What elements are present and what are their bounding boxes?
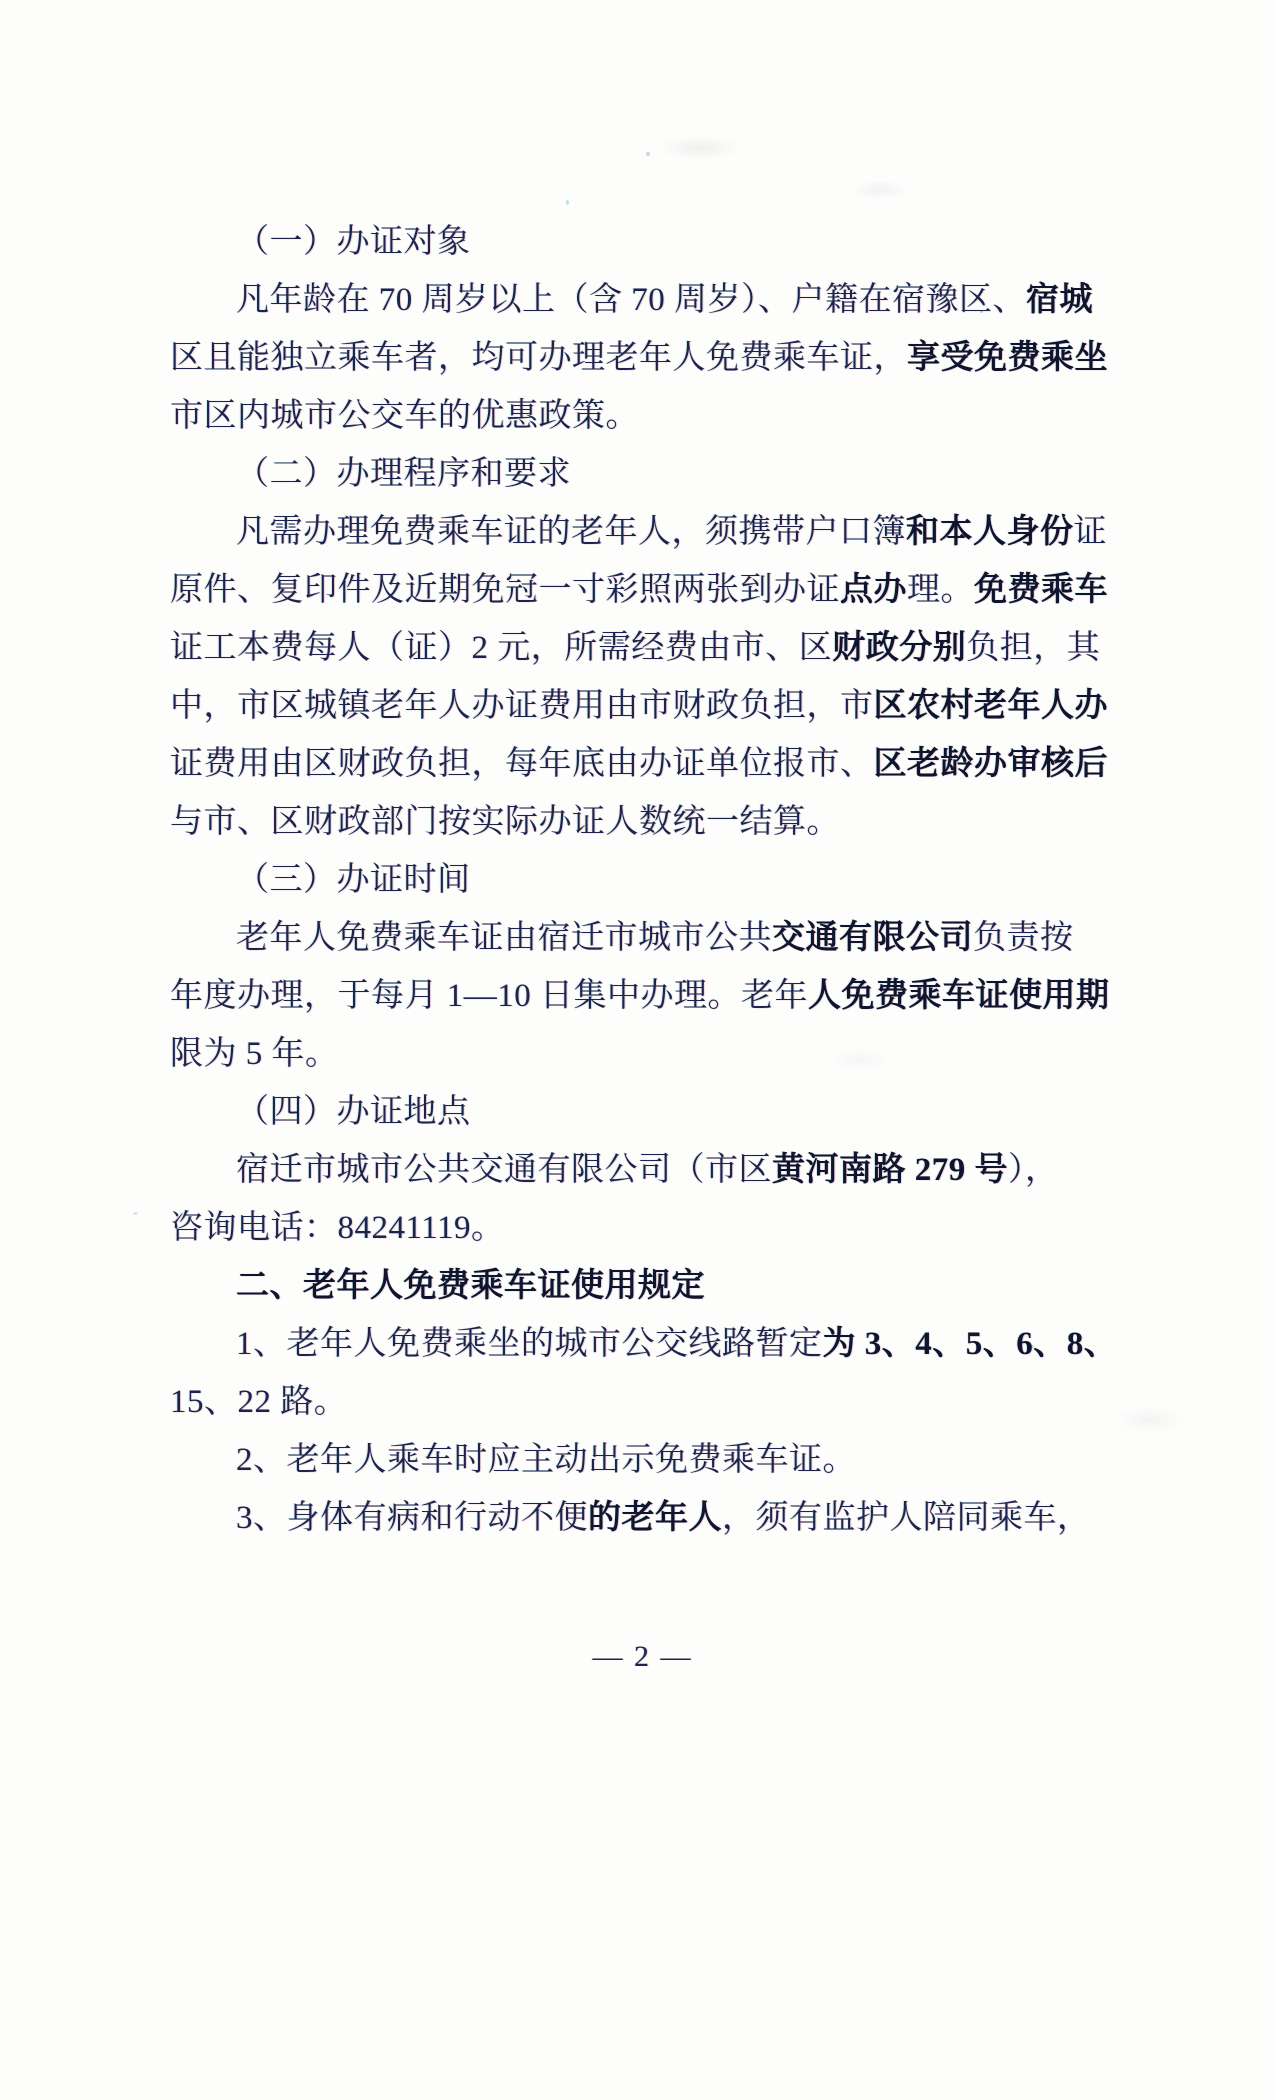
text-segment: （三）办证时间 <box>236 862 471 898</box>
text-segment: 中，市区城镇老年人办证费用由市财政负担，市 <box>170 688 874 724</box>
text-segment: 凡需办理免费乘车证的老年人，须携带户口簿 <box>236 514 906 550</box>
text-line: 凡需办理免费乘车证的老年人，须携带户口簿和本人身份证 <box>170 503 1100 561</box>
text-segment: 市区内城市公交车的优惠政策。 <box>170 398 639 434</box>
text-segment: 宿迁市城市公共交通有限公司（市区 <box>236 1152 772 1188</box>
text-line: 原件、复印件及近期免冠一寸彩照两张到办证点办理。免费乘车 <box>170 561 1100 619</box>
text-segment: 负责按 <box>973 920 1074 956</box>
text-line: （二）办理程序和要求 <box>170 445 1100 503</box>
text-line: （四）办证地点 <box>170 1083 1100 1141</box>
text-segment: 为 3、4、5、6、8、 <box>823 1326 1118 1362</box>
text-segment: 享受免费乘坐 <box>907 340 1108 376</box>
text-segment: 年度办理，于每月 1—10 日集中办理。老年 <box>170 978 808 1014</box>
text-segment: 黄河南路 279 号 <box>772 1152 1008 1188</box>
text-segment: 点办 <box>840 572 907 608</box>
text-line: 老年人免费乘车证由宿迁市城市公共交通有限公司负责按 <box>170 909 1100 967</box>
text-segment: 负担，其 <box>966 630 1100 666</box>
text-segment: 二、老年人免费乘车证使用规定 <box>236 1268 705 1304</box>
scan-speck <box>646 152 650 156</box>
text-line: 中，市区城镇老年人办证费用由市财政负担，市区农村老年人办 <box>170 677 1100 735</box>
text-segment: 区农村老年人办 <box>874 688 1109 724</box>
text-segment: 凡年龄在 70 周岁以上（含 70 周岁）、户籍在宿豫区、 <box>236 282 1026 318</box>
text-segment: 3、身体有病和行动不便 <box>236 1500 588 1536</box>
text-segment: 财政分别 <box>832 630 966 666</box>
text-segment: 原件、复印件及近期免冠一寸彩照两张到办证 <box>170 572 840 608</box>
text-line: 15、22 路。 <box>170 1373 1100 1431</box>
text-segment: （四）办证地点 <box>236 1094 471 1130</box>
text-segment: （二）办理程序和要求 <box>236 456 571 492</box>
text-segment: ，须有监护人陪同乘车， <box>722 1500 1091 1536</box>
text-segment: 理。 <box>907 572 974 608</box>
text-segment: 与市、区财政部门按实际办证人数统一结算。 <box>170 804 840 840</box>
text-line: （一）办证对象 <box>170 213 1100 271</box>
text-line: 市区内城市公交车的优惠政策。 <box>170 387 1100 445</box>
text-line: 证费用由区财政负担，每年底由办证单位报市、区老龄办审核后 <box>170 735 1100 793</box>
text-segment: 限为 5 年。 <box>170 1036 339 1072</box>
scan-speck <box>566 200 569 205</box>
text-segment: ）， <box>1008 1152 1059 1188</box>
scanned-document-page: （一）办证对象凡年龄在 70 周岁以上（含 70 周岁）、户籍在宿豫区、宿城区且… <box>0 0 1275 2100</box>
text-segment: 证 <box>1074 514 1108 550</box>
text-segment: 证费用由区财政负担，每年底由办证单位报市、 <box>170 746 874 782</box>
text-line: 年度办理，于每月 1—10 日集中办理。老年人免费乘车证使用期 <box>170 967 1100 1025</box>
text-segment: 宿城 <box>1026 282 1093 318</box>
text-segment: 1、老年人免费乘坐的城市公交线路暂定 <box>236 1326 823 1362</box>
text-segment: 老年人免费乘车证由宿迁市城市公共 <box>236 920 772 956</box>
text-segment: 区老龄办审核后 <box>874 746 1109 782</box>
text-line: 宿迁市城市公共交通有限公司（市区黄河南路 279 号）， <box>170 1141 1100 1199</box>
text-segment: 咨询电话：84241119。 <box>170 1210 505 1246</box>
text-segment: 和本人身份 <box>906 514 1074 550</box>
text-line: 咨询电话：84241119。 <box>170 1199 1100 1257</box>
text-segment: 区且能独立乘车者，均可办理老年人免费乘车证， <box>170 340 907 376</box>
text-line: 二、老年人免费乘车证使用规定 <box>170 1257 1100 1315</box>
text-line: 与市、区财政部门按实际办证人数统一结算。 <box>170 793 1100 851</box>
text-segment: 的老年人 <box>588 1500 722 1536</box>
text-line: 3、身体有病和行动不便的老年人，须有监护人陪同乘车， <box>170 1489 1100 1547</box>
text-segment: 免费乘车 <box>974 572 1108 608</box>
text-segment: 证工本费每人（证）2 元，所需经费由市、区 <box>170 630 832 666</box>
text-segment: 人免费乘车证使用期 <box>808 978 1110 1014</box>
text-line: 1、老年人免费乘坐的城市公交线路暂定为 3、4、5、6、8、 <box>170 1315 1100 1373</box>
text-line: （三）办证时间 <box>170 851 1100 909</box>
page-number: — 2 — <box>0 1640 1275 1674</box>
text-line: 2、老年人乘车时应主动出示免费乘车证。 <box>170 1431 1100 1489</box>
text-segment: （一）办证对象 <box>236 224 471 260</box>
text-line: 限为 5 年。 <box>170 1025 1100 1083</box>
text-line: 区且能独立乘车者，均可办理老年人免费乘车证，享受免费乘坐 <box>170 329 1100 387</box>
text-segment: 15、22 路。 <box>170 1384 347 1420</box>
document-body: （一）办证对象凡年龄在 70 周岁以上（含 70 周岁）、户籍在宿豫区、宿城区且… <box>170 213 1100 1547</box>
text-segment: 交通有限公司 <box>772 920 973 956</box>
text-segment: 2、老年人乘车时应主动出示免费乘车证。 <box>236 1442 856 1478</box>
text-line: 凡年龄在 70 周岁以上（含 70 周岁）、户籍在宿豫区、宿城 <box>170 271 1100 329</box>
scan-speck <box>133 1212 138 1215</box>
text-line: 证工本费每人（证）2 元，所需经费由市、区财政分别负担，其 <box>170 619 1100 677</box>
